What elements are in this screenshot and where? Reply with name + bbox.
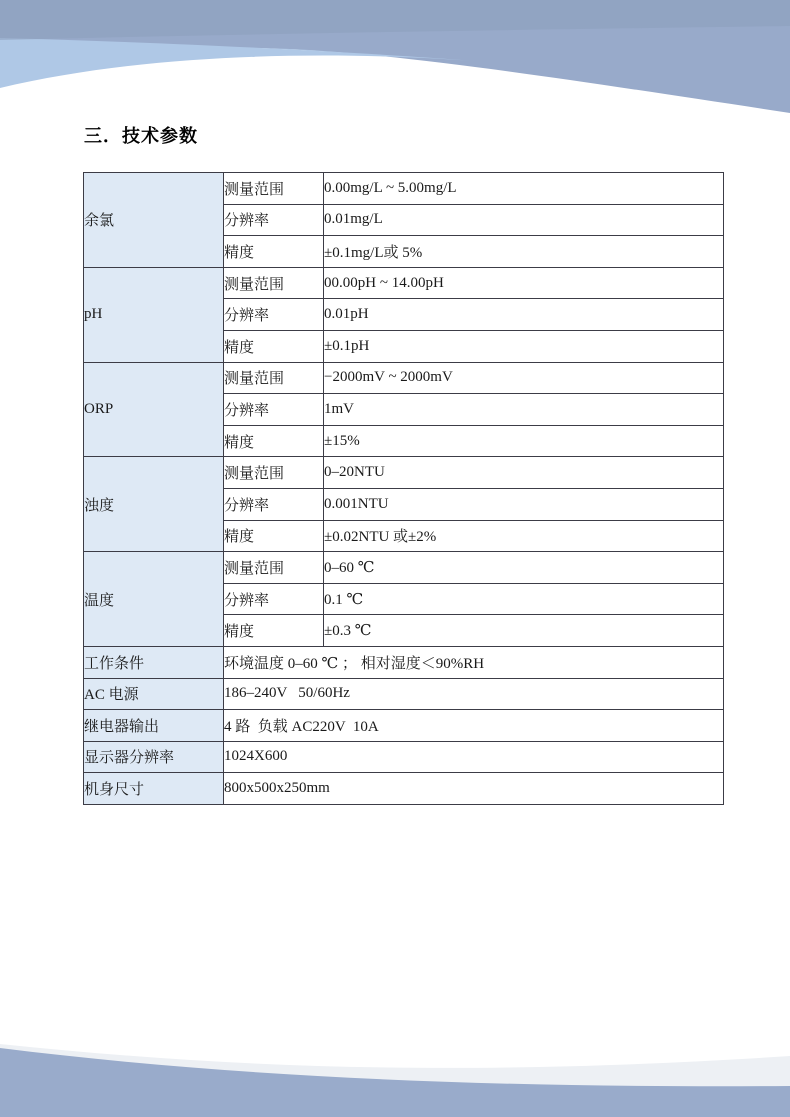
- row-ac-power-value: 186–240V 50/60Hz: [224, 678, 724, 710]
- spec-label-cell: 精度: [224, 330, 324, 362]
- spec-value-cell: ±0.1pH: [324, 330, 724, 362]
- spec-value-cell: 0.001NTU: [324, 488, 724, 520]
- spec-value-cell: 00.00pH ~ 14.00pH: [324, 267, 724, 299]
- spec-label-cell: 精度: [224, 425, 324, 457]
- spec-label-cell: 测量范围: [224, 552, 324, 584]
- spec-value-cell: 0.01mg/L: [324, 204, 724, 236]
- spec-value-cell: 0.1 ℃: [324, 583, 724, 615]
- spec-label-cell: 分辨率: [224, 488, 324, 520]
- spec-label-cell: 测量范围: [224, 173, 324, 205]
- spec-value-cell: −2000mV ~ 2000mV: [324, 362, 724, 394]
- document-page: 三．技术参数 余氯 测量范围 0.00mg/L ~ 5.00mg/L 分辨率 0…: [0, 0, 790, 1117]
- spec-value-cell: 0–20NTU: [324, 457, 724, 489]
- spec-label-cell: 分辨率: [224, 583, 324, 615]
- row-display-resolution-label: 显示器分辨率: [84, 741, 224, 773]
- row-ac-power-label: AC 电源: [84, 678, 224, 710]
- spec-label-cell: 精度: [224, 236, 324, 268]
- spec-value-cell: 0.00mg/L ~ 5.00mg/L: [324, 173, 724, 205]
- spec-value-cell: ±0.02NTU 或±2%: [324, 520, 724, 552]
- spec-value-cell: ±15%: [324, 425, 724, 457]
- page-title: 三．技术参数: [84, 122, 198, 148]
- spec-value-cell: 0–60 ℃: [324, 552, 724, 584]
- footer-swoosh-graphic: [0, 1000, 790, 1117]
- spec-value-cell: 1mV: [324, 394, 724, 426]
- param-cell-ph: pH: [84, 267, 224, 362]
- param-cell-temperature: 温度: [84, 552, 224, 647]
- spec-label-cell: 测量范围: [224, 362, 324, 394]
- row-relay-output-label: 继电器输出: [84, 710, 224, 742]
- param-cell-turbidity: 浊度: [84, 457, 224, 552]
- row-working-conditions-label: 工作条件: [84, 646, 224, 678]
- spec-table: 余氯 测量范围 0.00mg/L ~ 5.00mg/L 分辨率 0.01mg/L…: [83, 172, 724, 805]
- spec-label-cell: 分辨率: [224, 299, 324, 331]
- param-cell-orp: ORP: [84, 362, 224, 457]
- spec-label-cell: 精度: [224, 520, 324, 552]
- spec-label-cell: 分辨率: [224, 394, 324, 426]
- param-cell-chlorine: 余氯: [84, 173, 224, 268]
- spec-label-cell: 精度: [224, 615, 324, 647]
- row-working-conditions-value: 环境温度 0–60 ℃ ； 相对湿度＜90%RH: [224, 646, 724, 678]
- row-display-resolution-value: 1024X600: [224, 741, 724, 773]
- row-relay-output-value: 4 路 负载 AC220V 10A: [224, 710, 724, 742]
- spec-label-cell: 测量范围: [224, 267, 324, 299]
- spec-label-cell: 测量范围: [224, 457, 324, 489]
- row-body-size-value: 800x500x250mm: [224, 773, 724, 805]
- spec-value-cell: ±0.1mg/L或 5%: [324, 236, 724, 268]
- header-swoosh-graphic: [0, 0, 790, 135]
- spec-label-cell: 分辨率: [224, 204, 324, 236]
- spec-value-cell: 0.01pH: [324, 299, 724, 331]
- row-body-size-label: 机身尺寸: [84, 773, 224, 805]
- spec-value-cell: ±0.3 ℃: [324, 615, 724, 647]
